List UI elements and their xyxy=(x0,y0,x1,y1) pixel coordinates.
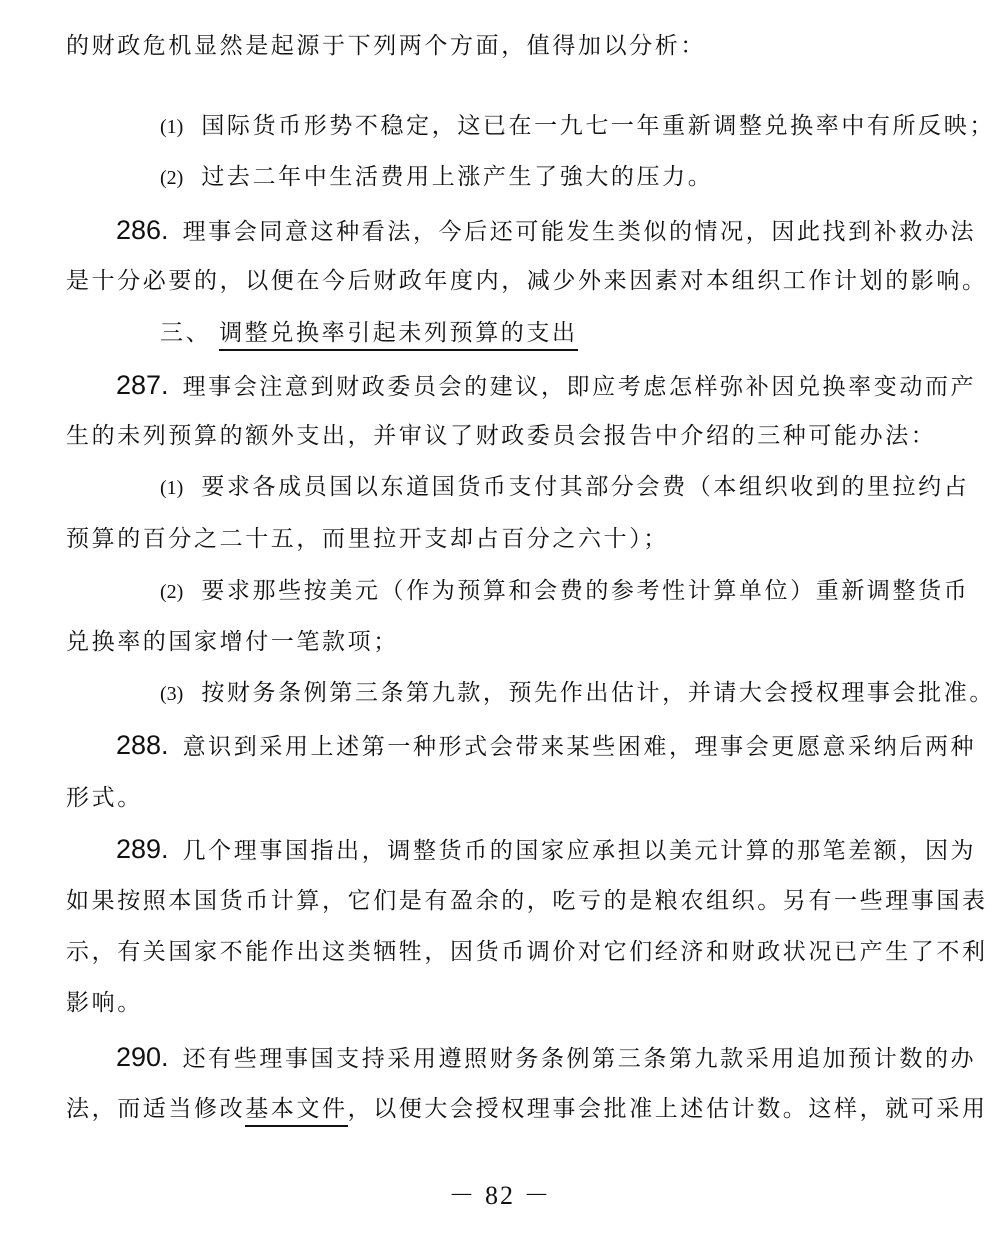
line-text: 法，而适当修改 xyxy=(66,1096,245,1122)
text-line: 的财政危机显然是起源于下列两个方面，值得加以分析： xyxy=(66,31,706,61)
list-item: (2)要求那些按美元（作为预算和会费的参考性计算单位）重新调整货币 xyxy=(160,576,969,607)
line-text: 预算的百分之二十五，而里拉开支却占百分之六十）； xyxy=(66,526,669,552)
line-text-after: ，以便大会授权理事会批准上述估计数。这样，就可采用 xyxy=(348,1096,988,1122)
line-text: 如果按照本国货币计算，它们是有盈余的，吃亏的是粮农组织。另有一些理事国表 xyxy=(66,888,988,914)
item-marker: (3) xyxy=(160,683,183,705)
item-marker: (2) xyxy=(160,167,183,189)
text-line: 是十分必要的，以便在今后财政年度内，减少外来因素对本组织工作计划的影响。 xyxy=(66,266,988,296)
paragraph-290: 290.还有些理事国支持采用遵照财务条例第三条第九款采用追加预计数的办 xyxy=(116,1042,976,1074)
line-text: 兑换率的国家增付一笔款项； xyxy=(66,629,399,655)
section-heading: 三、调整兑换率引起未列预算的支出 xyxy=(160,318,578,348)
line-text: 要求那些按美元（作为预算和会费的参考性计算单位）重新调整货币 xyxy=(201,578,969,604)
paragraph-286: 286.理事会同意这种看法，今后还可能发生类似的情况，因此找到补救办法 xyxy=(116,215,976,247)
list-item: (1)要求各成员国以东道国货币支付其部分会费（本组织收到的里拉约占 xyxy=(160,472,969,503)
text-line: 生的未列预算的额外支出，并审议了财政委员会报告中介绍的三种可能办法： xyxy=(66,421,936,451)
line-text: 理事会同意这种看法，今后还可能发生类似的情况，因此找到补救办法 xyxy=(183,219,977,245)
line-text: 形式。 xyxy=(66,785,143,811)
line-text: 要求各成员国以东道国货币支付其部分会费（本组织收到的里拉约占 xyxy=(201,474,969,500)
section-title: 调整兑换率引起未列预算的支出 xyxy=(219,320,577,351)
line-text: 的财政危机显然是起源于下列两个方面，值得加以分析： xyxy=(66,33,706,59)
text-line: 法，而适当修改基本文件，以便大会授权理事会批准上述估计数。这样，就可采用 xyxy=(66,1094,988,1124)
line-text: 影响。 xyxy=(66,990,143,1016)
page-number: － 82 － xyxy=(0,1175,1000,1212)
text-line: 形式。 xyxy=(66,783,143,813)
item-marker: (2) xyxy=(160,581,183,603)
paragraph-number: 289. xyxy=(116,834,169,864)
paragraph-number: 287. xyxy=(116,370,169,400)
paragraph-number: 286. xyxy=(116,215,169,245)
line-text: 国际货币形势不稳定，这已在一九七一年重新调整兑换率中有所反映； xyxy=(201,113,995,139)
item-marker: (1) xyxy=(160,477,183,499)
line-text: 理事会注意到财政委员会的建议，即应考虑怎样弥补因兑换率变动而产 xyxy=(183,374,977,400)
text-line: 如果按照本国货币计算，它们是有盈余的，吃亏的是粮农组织。另有一些理事国表 xyxy=(66,886,988,916)
list-item: (1)国际货币形势不稳定，这已在一九七一年重新调整兑换率中有所反映； xyxy=(160,111,995,142)
line-text: 按财务条例第三条第九款，预先作出估计，并请大会授权理事会批准。 xyxy=(201,680,995,706)
line-text: 示，有关国家不能作出这类牺牲，因货币调价对它们经济和财政状况已产生了不利 xyxy=(66,939,988,965)
list-item: (3)按财务条例第三条第九款，预先作出估计，并请大会授权理事会批准。 xyxy=(160,678,995,709)
line-text: 还有些理事国支持采用遵照财务条例第三条第九款采用追加预计数的办 xyxy=(183,1046,977,1072)
line-text: 几个理事国指出，调整货币的国家应承担以美元计算的那笔差额，因为 xyxy=(183,838,977,864)
paragraph-number: 290. xyxy=(116,1042,169,1072)
line-text: 是十分必要的，以便在今后财政年度内，减少外来因素对本组织工作计划的影响。 xyxy=(66,268,988,294)
text-line: 兑换率的国家增付一笔款项； xyxy=(66,627,399,657)
line-text: 生的未列预算的额外支出，并审议了财政委员会报告中介绍的三种可能办法： xyxy=(66,423,936,449)
paragraph-287: 287.理事会注意到财政委员会的建议，即应考虑怎样弥补因兑换率变动而产 xyxy=(116,370,976,402)
text-line: 示，有关国家不能作出这类牺牲，因货币调价对它们经济和财政状况已产生了不利 xyxy=(66,937,988,967)
list-item: (2)过去二年中生活费用上涨产生了強大的压力。 xyxy=(160,162,713,193)
paragraph-288: 288.意识到采用上述第一种形式会带来某些困难，理事会更愿意采纳后两种 xyxy=(116,730,976,762)
underlined-term: 基本文件 xyxy=(245,1096,347,1127)
paragraph-number: 288. xyxy=(116,730,169,760)
section-number: 三、 xyxy=(160,320,211,346)
text-line: 预算的百分之二十五，而里拉开支却占百分之六十）； xyxy=(66,524,669,554)
paragraph-289: 289.几个理事国指出，调整货币的国家应承担以美元计算的那笔差额，因为 xyxy=(116,834,976,866)
item-marker: (1) xyxy=(160,116,183,138)
text-line: 影响。 xyxy=(66,988,143,1018)
line-text: 过去二年中生活费用上涨产生了強大的压力。 xyxy=(201,164,713,190)
line-text: 意识到采用上述第一种形式会带来某些困难，理事会更愿意采纳后两种 xyxy=(183,734,977,760)
